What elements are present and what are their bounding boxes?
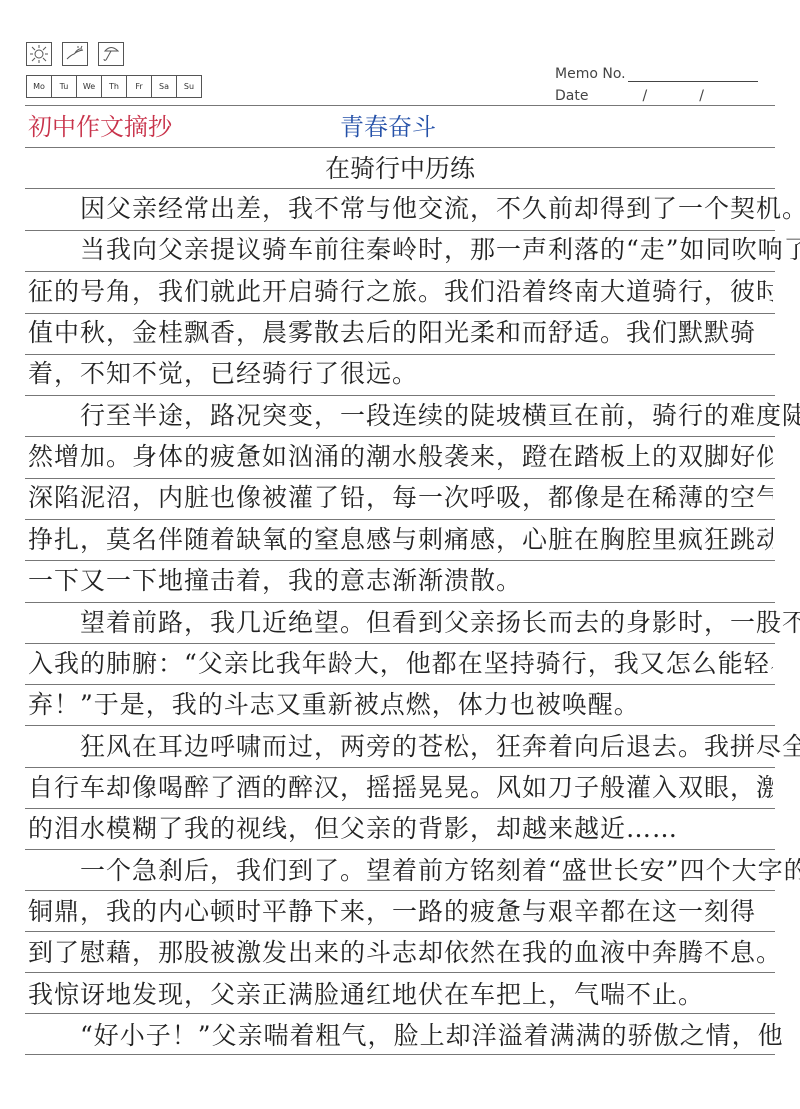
essay-line: 弃！”于是，我的斗志又重新被点燃，体力也被唤醒。	[28, 687, 773, 723]
date-separator: /	[642, 88, 647, 104]
essay-line: 挣扎，莫名伴随着缺氧的窒息感与刺痛感，心脏在胸腔里疯狂跳动，	[28, 522, 773, 558]
ruled-line	[25, 931, 775, 932]
theme-label: 青春奋斗	[340, 110, 436, 144]
sun-icon	[26, 42, 52, 66]
essay-line: 值中秋，金桂飘香，晨雾散去后的阳光柔和而舒适。我们默默骑	[28, 315, 773, 351]
ruled-line	[25, 560, 775, 561]
memo-block: Memo No. Date//	[555, 60, 758, 104]
ruled-line	[25, 643, 775, 644]
paragraph-start-line: 行至半途，路况突变，一段连续的陡坡横亘在前，骑行的难度陡	[28, 398, 800, 434]
weekday-su: Su	[177, 76, 201, 97]
date-separator: /	[699, 88, 704, 104]
weekday-fr: Fr	[127, 76, 152, 97]
date-label: Date	[555, 88, 588, 104]
paragraph-start-line: 狂风在耳边呼啸而过，两旁的苍松，狂奔着向后退去。我拼尽全力，	[28, 729, 800, 765]
ruled-line	[25, 849, 775, 850]
essay-line: 自行车却像喝醉了酒的醉汉，摇摇晃晃。风如刀子般灌入双眼，激出	[28, 770, 773, 806]
essay-title: 在骑行中历练	[0, 152, 800, 186]
category-label: 初中作文摘抄	[28, 110, 172, 144]
ruled-line	[25, 972, 775, 973]
weekday-we: We	[77, 76, 102, 97]
ruled-line	[25, 105, 775, 106]
essay-line: 一下又一下地撞击着，我的意志渐渐溃散。	[28, 563, 773, 599]
ruled-line	[25, 230, 775, 231]
paragraph-start-line: “好小子！”父亲喘着粗气，脸上却洋溢着满满的骄傲之情，他	[28, 1018, 800, 1054]
ruled-line	[25, 1013, 775, 1014]
paragraph-start-line: 一个急刹后，我们到了。望着前方铭刻着“盛世长安”四个大字的	[28, 853, 800, 889]
ruled-line	[25, 808, 775, 809]
essay-line: 入我的肺腑：“父亲比我年龄大，他都在坚持骑行，我又怎么能轻易放	[28, 646, 773, 682]
essay-line: 深陷泥沼，内脏也像被灌了铅，每一次呼吸，都像是在稀薄的空气中	[28, 480, 773, 516]
essay-line: 的泪水模糊了我的视线，但父亲的背影，却越来越近……	[28, 811, 773, 847]
ruled-line	[25, 354, 775, 355]
ruled-line	[25, 725, 775, 726]
essay-line: 我惊讶地发现，父亲正满脸通红地伏在车把上，气喘不止。	[28, 977, 773, 1013]
essay-line: 然增加。身体的疲惫如汹涌的潮水般袭来，蹬在踏板上的双脚好似	[28, 439, 773, 475]
ruled-line	[25, 684, 775, 685]
weekday-selector: Mo Tu We Th Fr Sa Su	[26, 75, 202, 98]
ruled-line	[25, 436, 775, 437]
ruled-line	[25, 147, 775, 148]
paragraph-start-line: 望着前路，我几近绝望。但看到父亲扬长而去的身影时，一股不甘涌	[28, 605, 800, 641]
ruled-line	[25, 1054, 775, 1055]
paragraph-start-line: 当我向父亲提议骑车前往秦岭时，那一声利落的“走”如同吹响了出	[28, 232, 800, 268]
weekday-sa: Sa	[152, 76, 177, 97]
essay-line: 铜鼎，我的内心顿时平静下来，一路的疲惫与艰辛都在这一刻得	[28, 894, 773, 930]
weekday-tu: Tu	[52, 76, 77, 97]
memo-label: Memo No.	[555, 66, 626, 82]
paragraph-start-line: 因父亲经常出差，我不常与他交流，不久前却得到了一个契机。	[28, 191, 800, 227]
ruled-line	[25, 271, 775, 272]
umbrella-icon	[98, 42, 124, 66]
essay-line: 着，不知不觉，已经骑行了很远。	[28, 356, 773, 392]
essay-line: 到了慰藉，那股被激发出来的斗志却依然在我的血液中奔腾不息。	[28, 935, 773, 971]
ruled-line	[25, 313, 775, 314]
partly-cloudy-icon	[62, 42, 88, 66]
weekday-mo: Mo	[27, 76, 52, 97]
ruled-line	[25, 188, 775, 189]
ruled-line	[25, 478, 775, 479]
ruled-line	[25, 890, 775, 891]
ruled-line	[25, 767, 775, 768]
weekday-th: Th	[102, 76, 127, 97]
ruled-line	[25, 602, 775, 603]
essay-line: 征的号角，我们就此开启骑行之旅。我们沿着终南大道骑行，彼时正	[28, 274, 773, 310]
ruled-line	[25, 519, 775, 520]
memo-number-line	[628, 67, 758, 82]
weather-icons	[26, 42, 124, 66]
ruled-line	[25, 395, 775, 396]
